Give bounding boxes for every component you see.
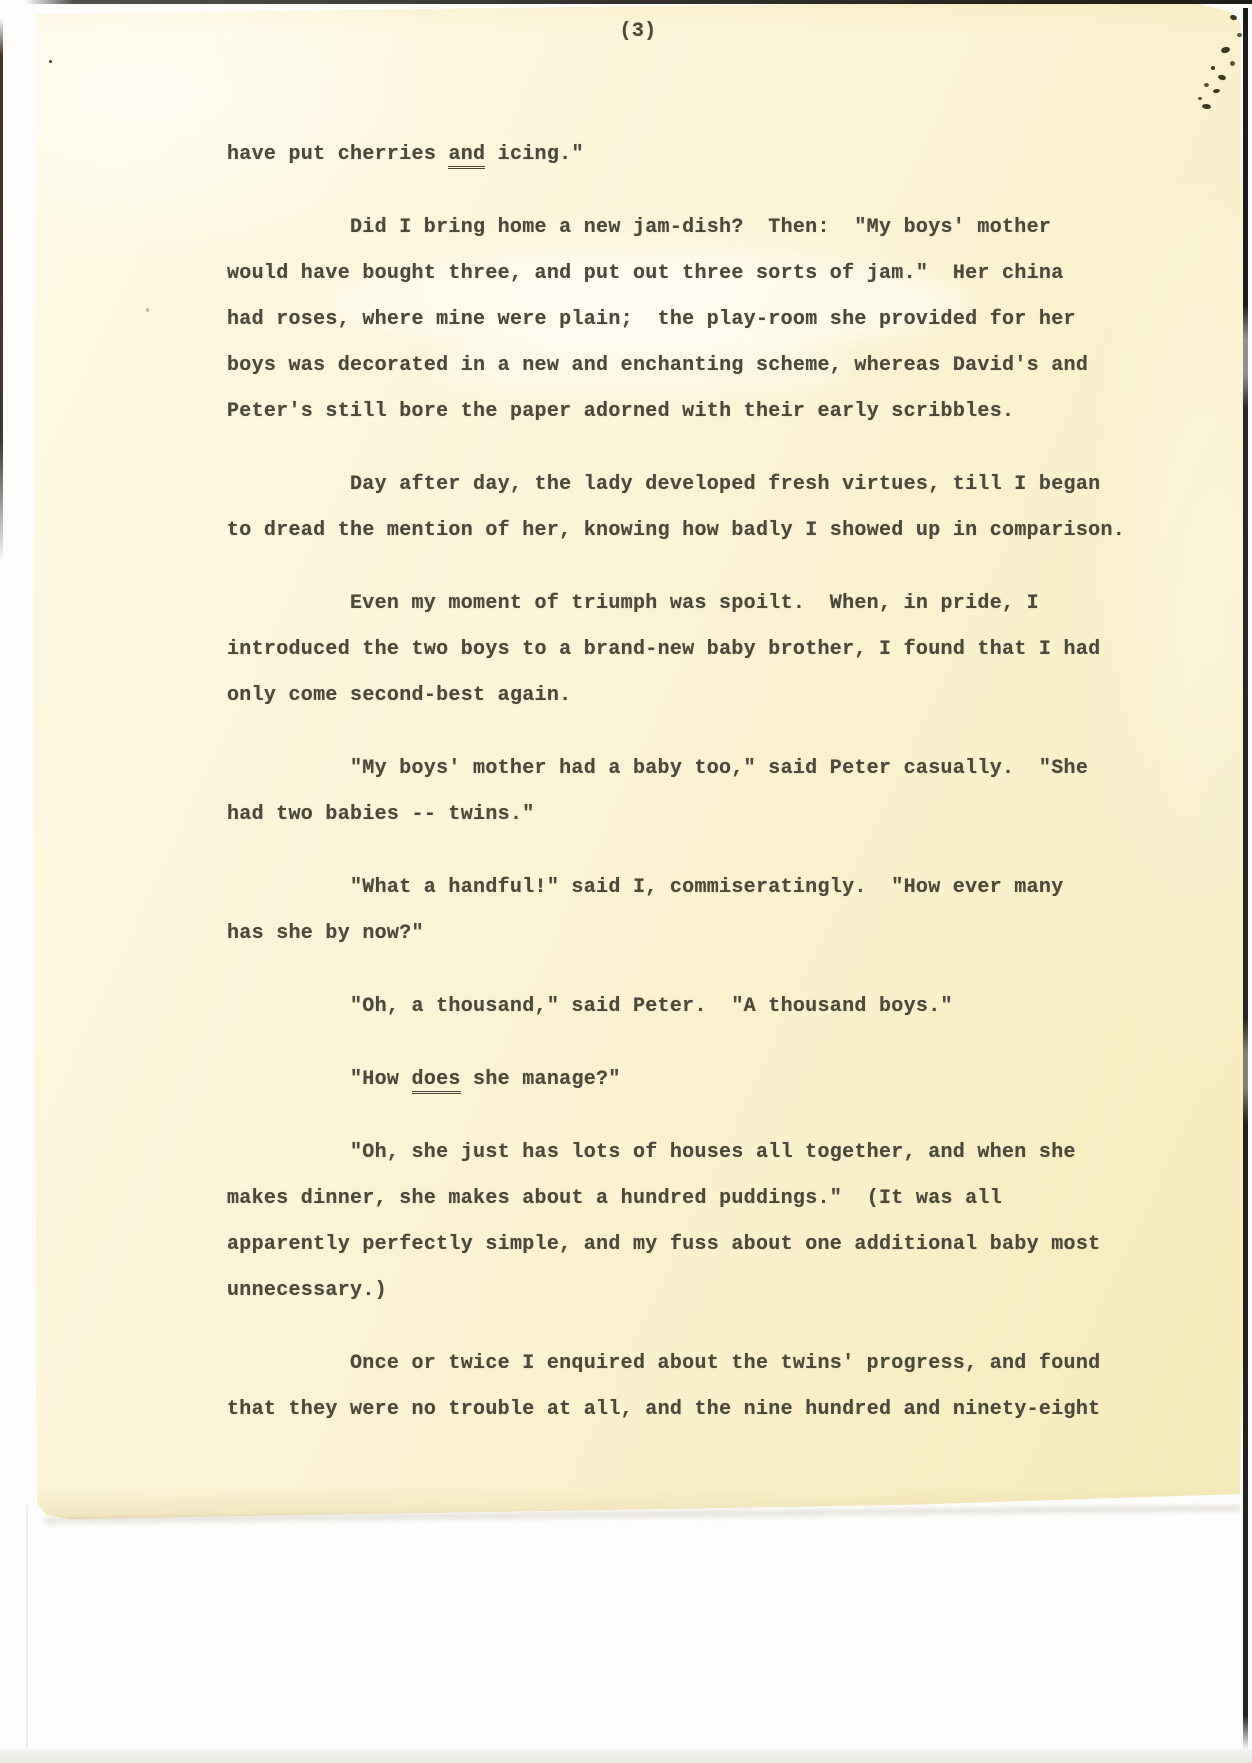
typed-line: Once or twice I enquired about the twins… [350, 1352, 1100, 1376]
typed-line: boys was decorated in a new and enchanti… [227, 354, 1088, 378]
typed-line: would have bought three, and put out thr… [227, 262, 1064, 286]
typed-line: "My boys' mother had a baby too," said P… [350, 757, 1088, 781]
typed-line: makes dinner, she makes about a hundred … [227, 1187, 1002, 1211]
typed-line: Did I bring home a new jam-dish? Then: "… [350, 216, 1051, 240]
paper-sheet: (3) have put cherries and icing."Did I b… [0, 0, 1252, 1530]
typed-line: introduced the two boys to a brand-new b… [227, 638, 1100, 662]
ink-speck [1237, 33, 1242, 37]
typed-line: Day after day, the lady developed fresh … [350, 473, 1100, 497]
typed-line: that they were no trouble at all, and th… [227, 1398, 1100, 1422]
typed-line: to dread the mention of her, knowing how… [227, 519, 1125, 543]
typed-line: have put cherries and icing." [227, 143, 584, 167]
ink-speck [1230, 61, 1235, 66]
typed-line: Even my moment of triumph was spoilt. Wh… [350, 592, 1039, 616]
scan-edge-right [1243, 8, 1248, 1750]
scan-seam-left [26, 1505, 28, 1763]
scan-edge-top [24, 0, 1252, 4]
typed-line: "Oh, a thousand," said Peter. "A thousan… [350, 995, 953, 1019]
typed-line: had roses, where mine were plain; the pl… [227, 308, 1076, 332]
paper-speck [146, 308, 149, 312]
ink-speck [1198, 97, 1202, 100]
typed-line: "What a handful!" said I, commiseratingl… [350, 876, 1064, 900]
ink-speck [1211, 66, 1215, 70]
scan-edge-left [0, 18, 3, 563]
typed-line: "Oh, she just has lots of houses all tog… [350, 1141, 1076, 1165]
underlined-word: does [412, 1068, 461, 1094]
scanned-page: (3) have put cherries and icing."Did I b… [0, 0, 1252, 1763]
typed-line: "How does she manage?" [350, 1068, 621, 1092]
ink-speck [1204, 83, 1209, 87]
paper-speck [49, 60, 52, 63]
scan-edge-bottom [0, 1749, 1252, 1763]
underlined-word: and [448, 143, 485, 169]
typewritten-text: have put cherries and icing."Did I bring… [0, 0, 1252, 1530]
typed-line: Peter's still bore the paper adorned wit… [227, 400, 1014, 424]
typed-line: apparently perfectly simple, and my fuss… [227, 1233, 1100, 1257]
typed-line: has she by now?" [227, 922, 424, 946]
typed-line: only come second-best again. [227, 684, 571, 708]
typed-line: unnecessary.) [227, 1279, 387, 1303]
typed-line: had two babies -- twins." [227, 803, 535, 827]
